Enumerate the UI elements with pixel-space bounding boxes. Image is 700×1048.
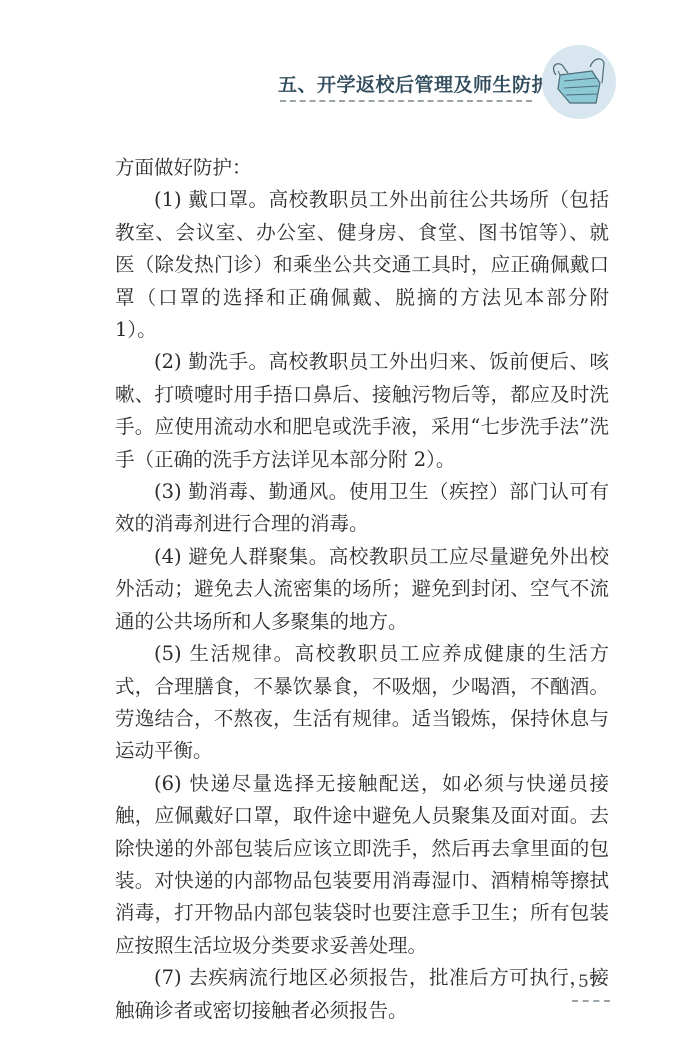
footer-dashed-divider <box>572 1000 610 1002</box>
paragraph-avoid-crowds: (4) 避免人群聚集。高校教职员工应尽量避免外出校外活动；避免去人流密集的场所；… <box>115 541 609 638</box>
paragraph-disinfect-ventilate: (3) 勤消毒、勤通风。使用卫生（疾控）部门认可有效的消毒剂进行合理的消毒。 <box>115 476 609 541</box>
paragraph-wash-hands: (2) 勤洗手。高校教职员工外出归来、饭前便后、咳嗽、打喷嚏时用手捂口鼻后、接触… <box>115 346 609 476</box>
paragraph-wear-mask: (1) 戴口罩。高校教职员工外出前往公共场所（包括教室、会议室、办公室、健身房、… <box>115 184 609 346</box>
paragraph-intro: 方面做好防护： <box>115 152 609 184</box>
face-mask-icon <box>542 45 616 119</box>
paragraph-express-delivery: (6) 快递尽量选择无接触配送，如必须与快递员接触，应佩戴好口罩，取件途中避免人… <box>115 768 609 962</box>
paragraph-regular-life: (5) 生活规律。高校教职员工应养成健康的生活方式，合理膳食，不暴饮暴食，不吸烟… <box>115 638 609 768</box>
paragraph-travel-report: (7) 去疾病流行地区必须报告，批准后方可执行，接触确诊者或密切接触者必须报告。 <box>115 962 609 1027</box>
page-header: 五、开学返校后管理及师生防护指引 <box>0 0 700 140</box>
header-dashed-divider <box>280 100 532 102</box>
body-text: 方面做好防护： (1) 戴口罩。高校教职员工外出前往公共场所（包括教室、会议室、… <box>115 152 609 1027</box>
page-number: 57 <box>578 972 600 992</box>
